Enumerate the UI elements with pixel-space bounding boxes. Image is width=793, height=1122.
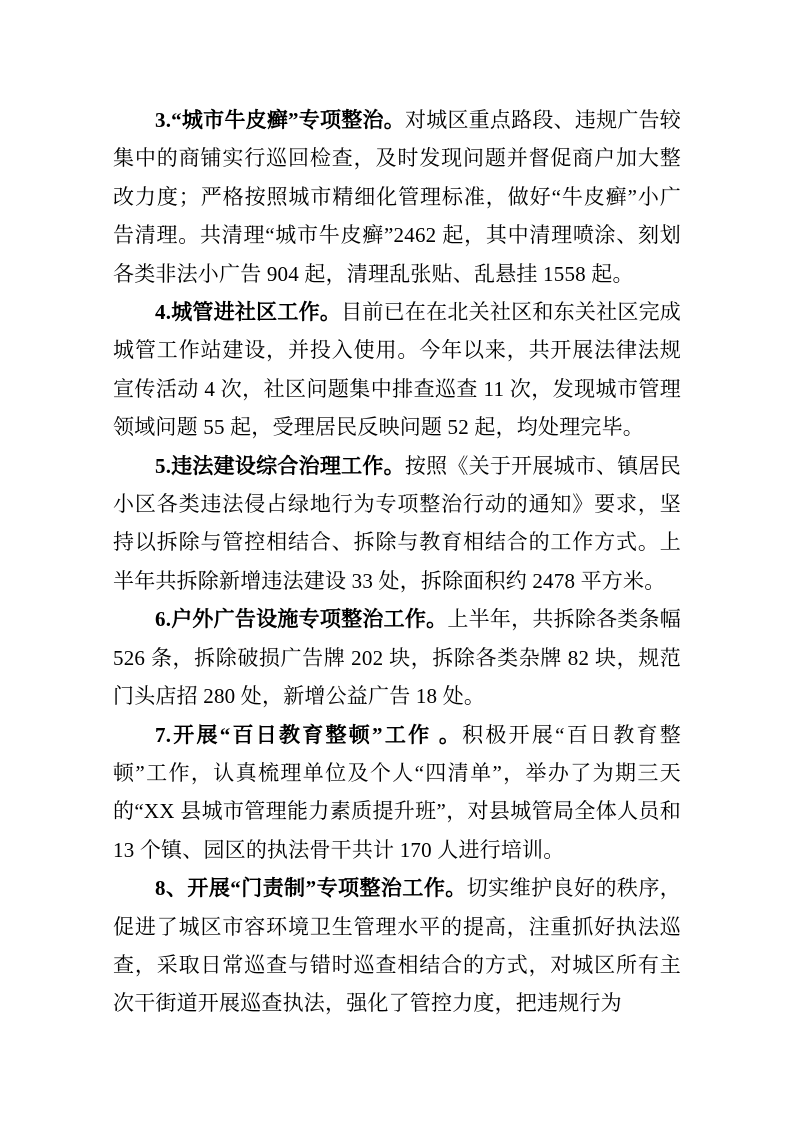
paragraph-3: 3.“城市牛皮癣”专项整治。对城区重点路段、违规广告较集中的商铺实行巡回检查，及… [113, 101, 681, 293]
paragraph-6: 6.户外广告设施专项整治工作。上半年，共拆除各类条幅 526 条，拆除破损广告牌… [113, 600, 681, 715]
document-body: 3.“城市牛皮癣”专项整治。对城区重点路段、违规广告较集中的商铺实行巡回检查，及… [113, 101, 681, 1023]
paragraph-4: 4.城管进社区工作。目前已在在北关社区和东关社区完成城管工作站建设，并投入使用。… [113, 293, 681, 447]
paragraph-7: 7.开展“百日教育整顿”工作 。积极开展“百日教育整顿”工作，认真梳理单位及个人… [113, 716, 681, 870]
paragraph-5-heading: 5.违法建设综合治理工作。 [155, 454, 405, 478]
paragraph-3-text: 对城区重点路段、违规广告较集中的商铺实行巡回检查，及时发现问题并督促商户加大整改… [113, 108, 681, 286]
paragraph-8: 8、开展“门责制”专项整治工作。切实维护良好的秩序，促进了城区市容环境卫生管理水… [113, 869, 681, 1023]
paragraph-7-heading: 7.开展“百日教育整顿”工作 。 [155, 723, 462, 747]
paragraph-3-heading: 3.“城市牛皮癣”专项整治。 [155, 108, 405, 132]
document-page: 3.“城市牛皮癣”专项整治。对城区重点路段、违规广告较集中的商铺实行巡回检查，及… [0, 0, 793, 1122]
paragraph-5: 5.违法建设综合治理工作。按照《关于开展城市、镇居民小区各类违法侵占绿地行为专项… [113, 447, 681, 601]
paragraph-8-heading: 8、开展“门责制”专项整治工作。 [155, 876, 467, 900]
paragraph-4-heading: 4.城管进社区工作。 [155, 300, 341, 324]
paragraph-6-heading: 6.户外广告设施专项整治工作。 [155, 607, 447, 631]
